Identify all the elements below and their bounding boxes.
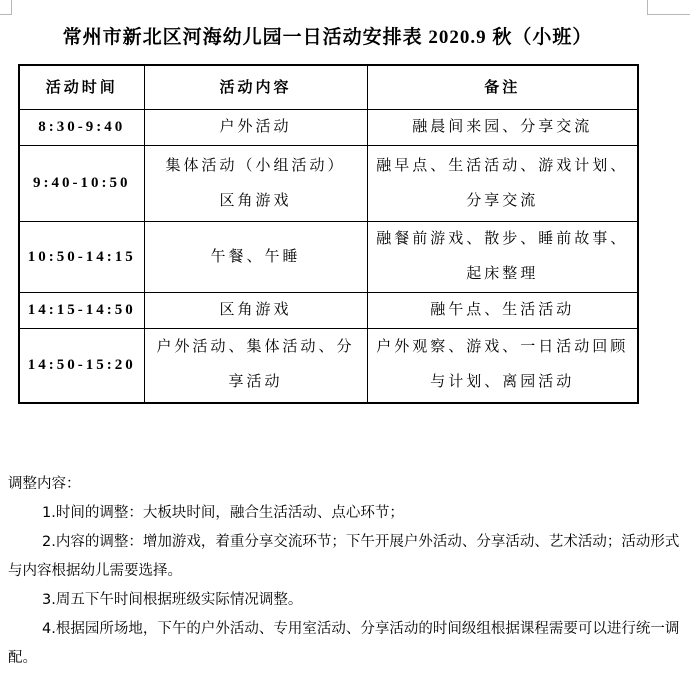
table-row: 9:40-10:50 集体活动（小组活动） 区角游戏 融早点、生活活动、游戏计划… [19, 146, 638, 222]
content-cell: 户外活动 [144, 110, 367, 146]
column-header-remark: 备注 [367, 65, 638, 110]
time-cell: 14:15-14:50 [19, 293, 144, 329]
text-boundary-mark-top-right [647, 0, 690, 15]
schedule-table: 活动时间 活动内容 备注 8:30-9:40 户外活动 融晨间来园、分享交流 9… [18, 64, 639, 404]
note-item-2: 2.内容的调整：增加游戏，着重分享交流环节；下午开展户外活动、分享活动、艺术活动… [0, 528, 690, 586]
document-page: 常州市新北区河海幼儿园一日活动安排表 2020.9 秋（小班） 活动时间 活动内… [0, 0, 690, 675]
note-item-1: 1.时间的调整：大板块时间，融合生活活动、点心环节； [0, 499, 690, 528]
remark-cell: 融餐前游戏、散步、睡前故事、 起床整理 [367, 222, 638, 293]
column-header-content: 活动内容 [144, 65, 367, 110]
table-row: 14:50-15:20 户外活动、集体活动、分 享活动 户外观察、游戏、一日活动… [19, 329, 638, 403]
note-item-4: 4.根据园所场地，下午的户外活动、专用室活动、分享活动的时间级组根据课程需要可以… [0, 615, 690, 673]
time-cell: 14:50-15:20 [19, 329, 144, 403]
content-cell: 午餐、午睡 [144, 222, 367, 293]
table-row: 8:30-9:40 户外活动 融晨间来园、分享交流 [19, 110, 638, 146]
table-row: 14:15-14:50 区角游戏 融午点、生活活动 [19, 293, 638, 329]
remark-cell: 融晨间来园、分享交流 [367, 110, 638, 146]
note-item-3: 3.周五下午时间根据班级实际情况调整。 [0, 586, 690, 615]
time-cell: 10:50-14:15 [19, 222, 144, 293]
remark-cell: 融午点、生活活动 [367, 293, 638, 329]
remark-cell: 户外观察、游戏、一日活动回顾 与计划、离园活动 [367, 329, 638, 403]
document-title: 常州市新北区河海幼儿园一日活动安排表 2020.9 秋（小班） [18, 26, 637, 50]
content-cell: 户外活动、集体活动、分 享活动 [144, 329, 367, 403]
time-cell: 8:30-9:40 [19, 110, 144, 146]
notes-section: 调整内容： 1.时间的调整：大板块时间，融合生活活动、点心环节； 2.内容的调整… [0, 470, 690, 673]
time-cell: 9:40-10:50 [19, 146, 144, 222]
table-header-row: 活动时间 活动内容 备注 [19, 65, 638, 110]
notes-heading: 调整内容： [0, 470, 690, 499]
table-row: 10:50-14:15 午餐、午睡 融餐前游戏、散步、睡前故事、 起床整理 [19, 222, 638, 293]
column-header-time: 活动时间 [19, 65, 144, 110]
content-cell: 集体活动（小组活动） 区角游戏 [144, 146, 367, 222]
text-boundary-mark-top-left [0, 0, 12, 15]
remark-cell: 融早点、生活活动、游戏计划、 分享交流 [367, 146, 638, 222]
content-cell: 区角游戏 [144, 293, 367, 329]
